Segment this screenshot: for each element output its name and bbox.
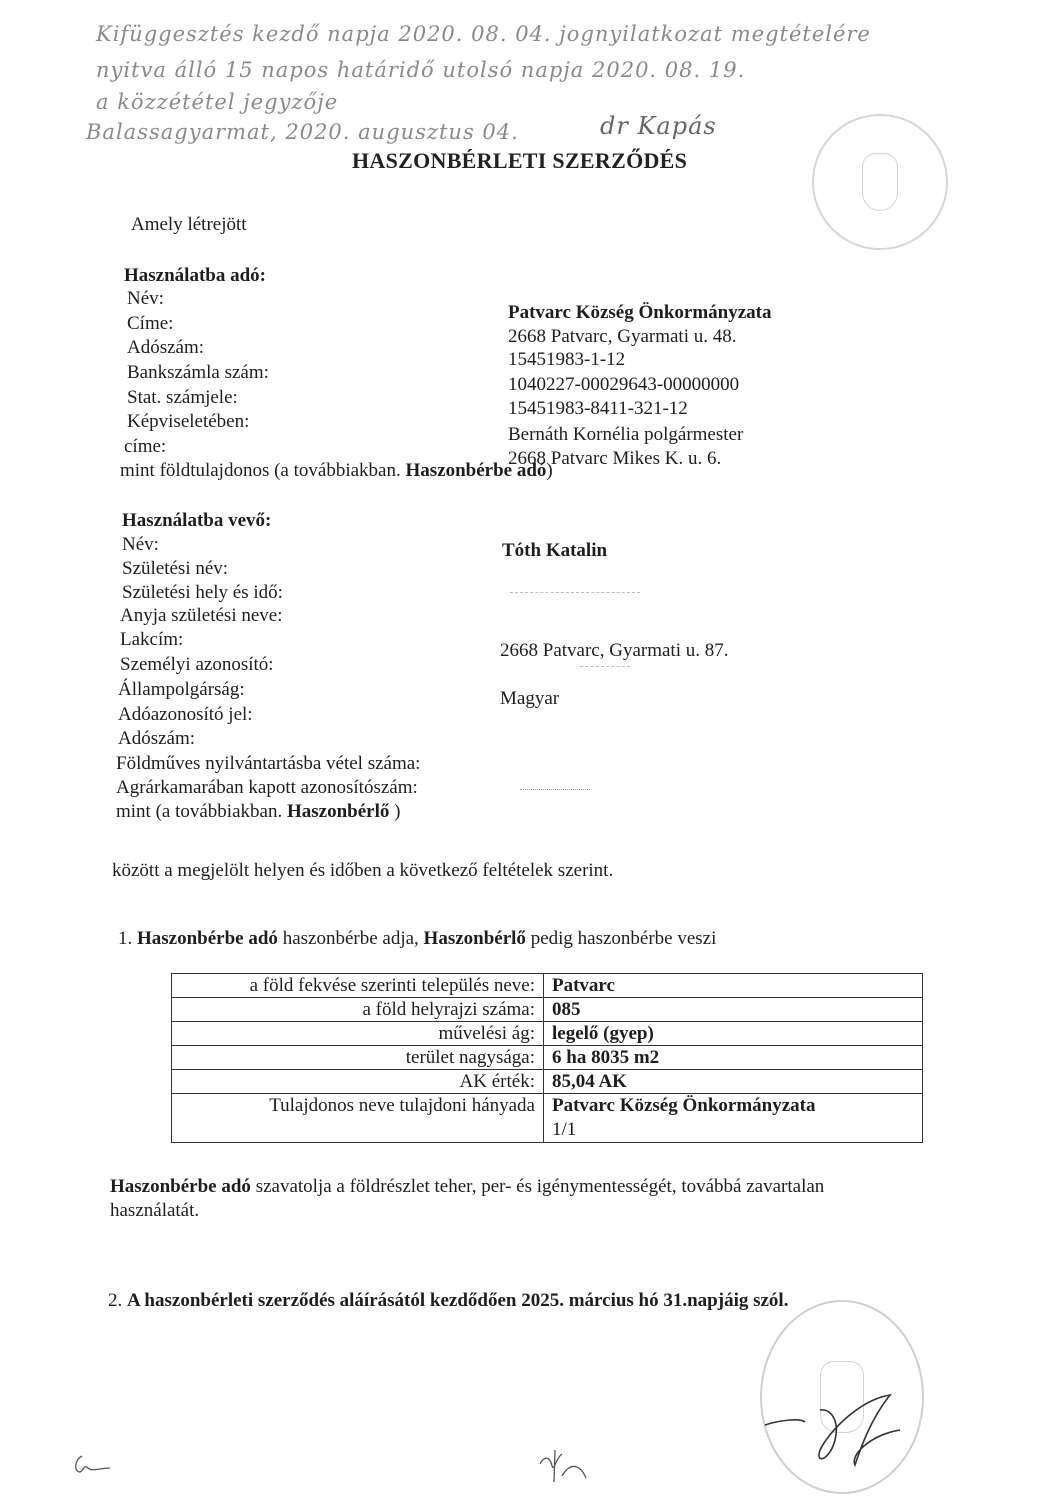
table-label: terület nagysága: xyxy=(172,1046,544,1070)
lessor-role-name: Haszonbérbe adó xyxy=(405,460,546,481)
handwritten-note-line-2: nyitva álló 15 napos határidő utolsó nap… xyxy=(96,58,745,82)
table-label: művelési ág: xyxy=(172,1022,544,1046)
section-1-text-b: pedig haszonbérbe veszi xyxy=(526,928,716,949)
redacted-agri-chamber-id xyxy=(520,789,590,790)
section-2-text: 2. A haszonbérleti szerződés aláírásától… xyxy=(108,1290,788,1312)
lessee-label-address: Lakcím: xyxy=(120,629,183,651)
table-row: AK érték: 85,04 AK xyxy=(172,1070,923,1094)
lessor-role-line: mint földtulajdonos (a továbbiakban. Has… xyxy=(120,460,553,482)
document-title: HASZONBÉRLETI SZERZŐDÉS xyxy=(352,148,687,174)
lessee-role-prefix: mint (a továbbiakban. xyxy=(116,801,287,822)
lessor-label-stat-code: Stat. számjele: xyxy=(127,387,238,409)
lessor-label-bank-account: Bankszámla szám: xyxy=(127,362,269,384)
lessee-heading: Használatba vevő: xyxy=(122,510,271,532)
table-row: a föld fekvése szerinti település neve: … xyxy=(172,974,923,998)
lessee-label-birth-place-date: Születési hely és idő: xyxy=(122,582,283,604)
lessor-value-name: Patvarc Község Önkormányzata xyxy=(508,302,772,324)
table-value: Patvarc xyxy=(544,974,923,998)
lessor-value-representative: Bernáth Kornélia polgármester xyxy=(508,424,743,446)
table-row: terület nagysága: 6 ha 8035 m2 xyxy=(172,1046,923,1070)
lessee-role-line: mint (a továbbiakban. Haszonbérlő ) xyxy=(116,801,400,823)
table-row: Tulajdonos neve tulajdoni hányada Patvar… xyxy=(172,1094,923,1143)
lessor-value-bank-account: 1040227-00029643-00000000 xyxy=(508,374,739,396)
coat-of-arms-icon xyxy=(862,153,898,211)
redacted-personal-id xyxy=(580,666,630,667)
section-1-number: 1. xyxy=(118,928,132,949)
lessor-value-stat-code: 15451983-8411-321-12 xyxy=(508,398,688,420)
lessee-label-agri-chamber-id: Agrárkamarában kapott azonosítószám: xyxy=(116,777,418,799)
lessee-role-name: Haszonbérlő xyxy=(287,801,389,822)
lessee-label-citizenship: Állampolgárság: xyxy=(118,679,245,701)
lessor-role-prefix: mint földtulajdonos (a továbbiakban. xyxy=(120,460,405,481)
lessee-label-name: Név: xyxy=(122,534,159,556)
signature-initial-left-icon xyxy=(70,1450,140,1480)
table-row: a föld helyrajzi száma: 085 xyxy=(172,998,923,1022)
section-1-text-a: haszonbérbe adja, xyxy=(278,928,424,949)
section-1-lessor: Haszonbérbe adó xyxy=(137,928,278,949)
land-details-table: a föld fekvése szerinti település neve: … xyxy=(171,973,923,1143)
lessor-label-address: Címe: xyxy=(127,313,173,335)
handwritten-note-line-4: Balassagyarmat, 2020. augusztus 04. xyxy=(86,120,519,144)
lessor-value-address: 2668 Patvarc, Gyarmati u. 48. xyxy=(508,326,736,348)
table-label: AK érték: xyxy=(172,1070,544,1094)
table-label: Tulajdonos neve tulajdoni hányada xyxy=(172,1094,544,1143)
section-2-number: 2. xyxy=(108,1290,122,1311)
handwritten-note-line-1: Kifüggesztés kezdő napja 2020. 08. 04. j… xyxy=(96,22,871,46)
lessor-heading: Használatba adó: xyxy=(124,265,266,287)
intro-text: Amely létrejött xyxy=(131,214,247,236)
table-row: művelési ág: legelő (gyep) xyxy=(172,1022,923,1046)
lessor-role-suffix: ) xyxy=(546,460,552,481)
lessor-label-name: Név: xyxy=(127,288,164,310)
table-value: Patvarc Község Önkormányzata 1/1 xyxy=(544,1094,923,1143)
lessee-label-tax-id: Adóazonosító jel: xyxy=(118,704,253,726)
table-label: a föld fekvése szerinti település neve: xyxy=(172,974,544,998)
warranty-text: Haszonbérbe adó szavatolja a földrészlet… xyxy=(110,1176,824,1198)
lessee-label-farmer-registry: Földműves nyilvántartásba vétel száma: xyxy=(116,753,420,775)
table-value: 6 ha 8035 m2 xyxy=(544,1046,923,1070)
warranty-lessor: Haszonbérbe adó xyxy=(110,1176,251,1197)
signature-initial-center-icon xyxy=(530,1448,610,1486)
lessee-value-address: 2668 Patvarc, Gyarmati u. 87. xyxy=(500,640,728,662)
lessee-value-citizenship: Magyar xyxy=(500,688,559,710)
lessor-value-tax-number: 15451983-1-12 xyxy=(508,349,625,371)
lessor-label-rep-address: címe: xyxy=(124,436,166,458)
lessee-label-tax-number: Adószám: xyxy=(118,728,195,750)
lessor-label-tax-number: Adószám: xyxy=(127,337,204,359)
lessor-label-representative: Képviseletében: xyxy=(127,411,249,433)
owner-share: 1/1 xyxy=(552,1118,914,1142)
warranty-rest: szavatolja a földrészlet teher, per- és … xyxy=(251,1176,824,1197)
handwritten-note-line-3: a közzététel jegyzője xyxy=(96,90,338,114)
handwritten-signature: dr Kapás xyxy=(600,112,717,140)
signature-mayor-icon xyxy=(760,1380,930,1470)
owner-name: Patvarc Község Önkormányzata xyxy=(552,1094,914,1118)
table-value: 085 xyxy=(544,998,923,1022)
table-value: legelő (gyep) xyxy=(544,1022,923,1046)
official-stamp-top xyxy=(812,114,948,250)
lessee-label-birth-name: Születési név: xyxy=(122,558,228,580)
table-label: a föld helyrajzi száma: xyxy=(172,998,544,1022)
table-value: 85,04 AK xyxy=(544,1070,923,1094)
redacted-birth-data xyxy=(510,592,640,593)
section-2-body: A haszonbérleti szerződés aláírásától ke… xyxy=(127,1290,788,1311)
lessee-label-mother-name: Anyja születési neve: xyxy=(120,605,283,627)
section-1-lessee: Haszonbérlő xyxy=(424,928,526,949)
section-1-text: 1. Haszonbérbe adó haszonbérbe adja, Has… xyxy=(118,928,716,950)
lessee-value-name: Tóth Katalin xyxy=(502,540,607,562)
lessee-role-suffix: ) xyxy=(389,801,400,822)
between-text: között a megjelölt helyen és időben a kö… xyxy=(112,860,613,882)
warranty-text-line-2: használatát. xyxy=(110,1200,199,1222)
lessee-label-personal-id: Személyi azonosító: xyxy=(120,654,274,676)
